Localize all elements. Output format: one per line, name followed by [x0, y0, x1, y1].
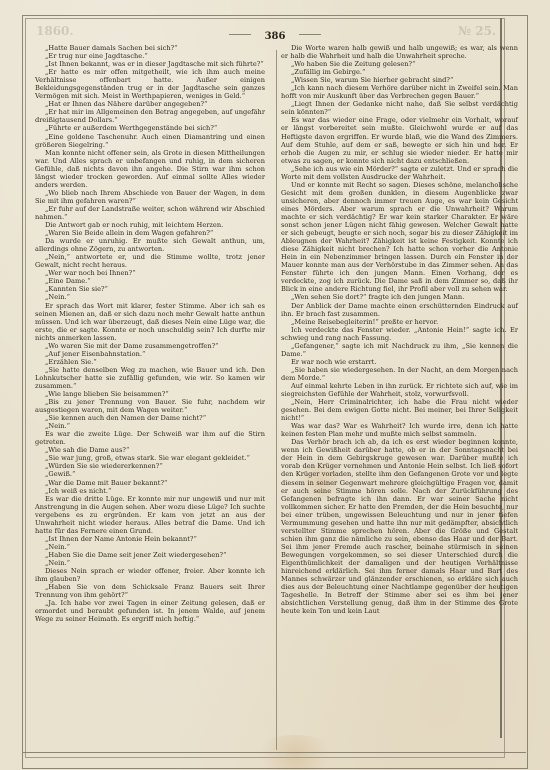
paragraph: „Erzählen Sie.“: [35, 358, 265, 366]
paragraph: „Hat er Ihnen das Nähere darüber angegeb…: [35, 100, 265, 108]
paragraph: „Ich kann nach diesem Verhöre darüber ni…: [281, 84, 518, 100]
paragraph: Ich verdeckte das Fenster wieder. „Anton…: [281, 326, 518, 342]
paragraph: „Nein.“: [35, 422, 265, 430]
paragraph: „Haben Sie die Dame seit jener Zeit wied…: [35, 551, 265, 559]
paragraph: „Sie hatte denselben Weg zu machen, wie …: [35, 366, 265, 390]
paragraph: Er sprach das Wort mit klarer, fester St…: [35, 302, 265, 342]
paragraph: „Wo haben Sie die Zeitung gelesen?“: [281, 60, 518, 68]
paragraph: Er war noch wie erstarrt.: [281, 358, 518, 366]
paragraph: „Er hat mir im Allgemeinen den Betrag an…: [35, 108, 265, 124]
paragraph: „Ist Ihnen der Name Antonie Hein bekannt…: [35, 535, 265, 543]
paragraph: Es war die dritte Lüge. Er konnte mir nu…: [35, 495, 265, 535]
paragraph: Was war das? War es Wahrheit? Ich wurde …: [281, 422, 518, 438]
paragraph: Auf einmal kehrte Leben in ihn zurück. E…: [281, 382, 518, 398]
column-divider: [276, 50, 277, 750]
paragraph: „Sie kennen auch den Namen der Dame nich…: [35, 414, 265, 422]
paragraph: „Er trug nur eine Jagdtasche.“: [35, 52, 265, 60]
paragraph: „Ist Ihnen bekannt, was er in dieser Jag…: [35, 60, 265, 68]
paragraph: „Sie war jung, groß, etwas stark. Sie wa…: [35, 454, 265, 462]
paragraph: „Nein.“: [35, 543, 265, 551]
paragraph: „Kannten Sie sie?“: [35, 285, 265, 293]
paragraph: „Wer war noch bei Ihnen?“: [35, 269, 265, 277]
paragraph: „Wen sehen Sie dort?“ fragte ich den jun…: [281, 293, 518, 301]
paragraph: „Wie lange blieben Sie beisammen?“: [35, 390, 265, 398]
paragraph: „Nein.“: [35, 293, 265, 301]
paragraph: „Sehe ich aus wie ein Mörder?“ sagte er …: [281, 165, 518, 181]
header-rule-left: [229, 34, 251, 35]
paragraph: Die Antwort gab er noch ruhig, mit leich…: [35, 221, 265, 229]
paragraph: Es war die zweite Lüge. Der Schweiß war …: [35, 430, 265, 446]
paragraph: „Wo blieb nach Ihrem Abschiede von Bauer…: [35, 189, 265, 205]
paragraph: Man konnte nicht offener sein, als Grote…: [35, 149, 265, 189]
paragraph: „Zufällig im Gebirge.“: [281, 68, 518, 76]
paragraph: „Wo waren Sie mit der Dame zusammengetro…: [35, 342, 265, 350]
paragraph: Das Verhör brach ich ab, da ich es erst …: [281, 438, 518, 615]
paragraph: „Ich weiß es nicht.“: [35, 487, 265, 495]
page-header: 386: [0, 24, 550, 38]
paragraph: „Hatte Bauer damals Sachen bei sich?“: [35, 44, 265, 52]
text-column-left: „Hatte Bauer damals Sachen bei sich?“„Er…: [35, 44, 265, 754]
paragraph: Da wurde er unruhig. Er mußte sich Gewal…: [35, 237, 265, 253]
paragraph: „Auf jener Eisenbahnstation.“: [35, 350, 265, 358]
paragraph: „Meine Reisebegleiterin!“ preßte er herv…: [281, 318, 518, 326]
paragraph: „Er hatte es mir offen mitgetheilt, wie …: [35, 68, 265, 100]
paragraph: „Gefangener,“ sagte ich mit Nachdruck zu…: [281, 342, 518, 358]
paragraph: „Wie sah die Dame aus?“: [35, 446, 265, 454]
paragraph: „Liegt Ihnen der Gedanke nicht nahe, daß…: [281, 100, 518, 116]
paragraph: „Er fuhr auf der Landstraße weiter, scho…: [35, 205, 265, 221]
paragraph: „Würden Sie sie wiedererkennen?“: [35, 462, 265, 470]
paragraph: „Haben Sie von dem Schicksale Franz Baue…: [35, 583, 265, 599]
paragraph: Und er konnte mit Recht so sagen. Dieses…: [281, 181, 518, 294]
paragraph: „Nein.“: [35, 559, 265, 567]
paragraph: Der Anblick der Dame machte einen erschü…: [281, 302, 518, 318]
paragraph: „Eine goldene Taschenuhr. Auch einen Dia…: [35, 133, 265, 149]
paragraph: „Waren Sie Beide allein in dem Wagen gef…: [35, 229, 265, 237]
paragraph: „Führte er außerdem Werthgegenstände bei…: [35, 124, 265, 132]
paragraph: „Gewiß.“: [35, 470, 265, 478]
paragraph: „Bis zu jener Trennung von Bauer. Sie fu…: [35, 398, 265, 414]
paragraph: „War die Dame mit Bauer bekannt?“: [35, 479, 265, 487]
text-column-right: Die Worte waren halb gewiß und halb unge…: [281, 44, 518, 754]
paragraph: „Nein,“ antwortete er, und die Stimme wo…: [35, 253, 265, 269]
paragraph: „Eine Dame.“: [35, 277, 265, 285]
header-rule-right: [299, 34, 321, 35]
paragraph: „Nein, Herr Criminalrichter, ich habe di…: [281, 398, 518, 422]
paragraph: „Wissen Sie, warum Sie hierher gebracht …: [281, 76, 518, 84]
paragraph: Es war das wieder eine Frage, oder vielm…: [281, 116, 518, 164]
paragraph: Die Worte waren halb gewiß und halb unge…: [281, 44, 518, 60]
page-number: 386: [257, 31, 294, 42]
paragraph: „Ja. Ich habe vor zwei Tagen in einer Ze…: [35, 599, 265, 623]
paragraph: „Sie haben sie wiedergesehen. In der Nac…: [281, 366, 518, 382]
page-footer-rule: [22, 752, 526, 753]
paragraph: Dieses Nein sprach er wieder offener, fr…: [35, 567, 265, 583]
